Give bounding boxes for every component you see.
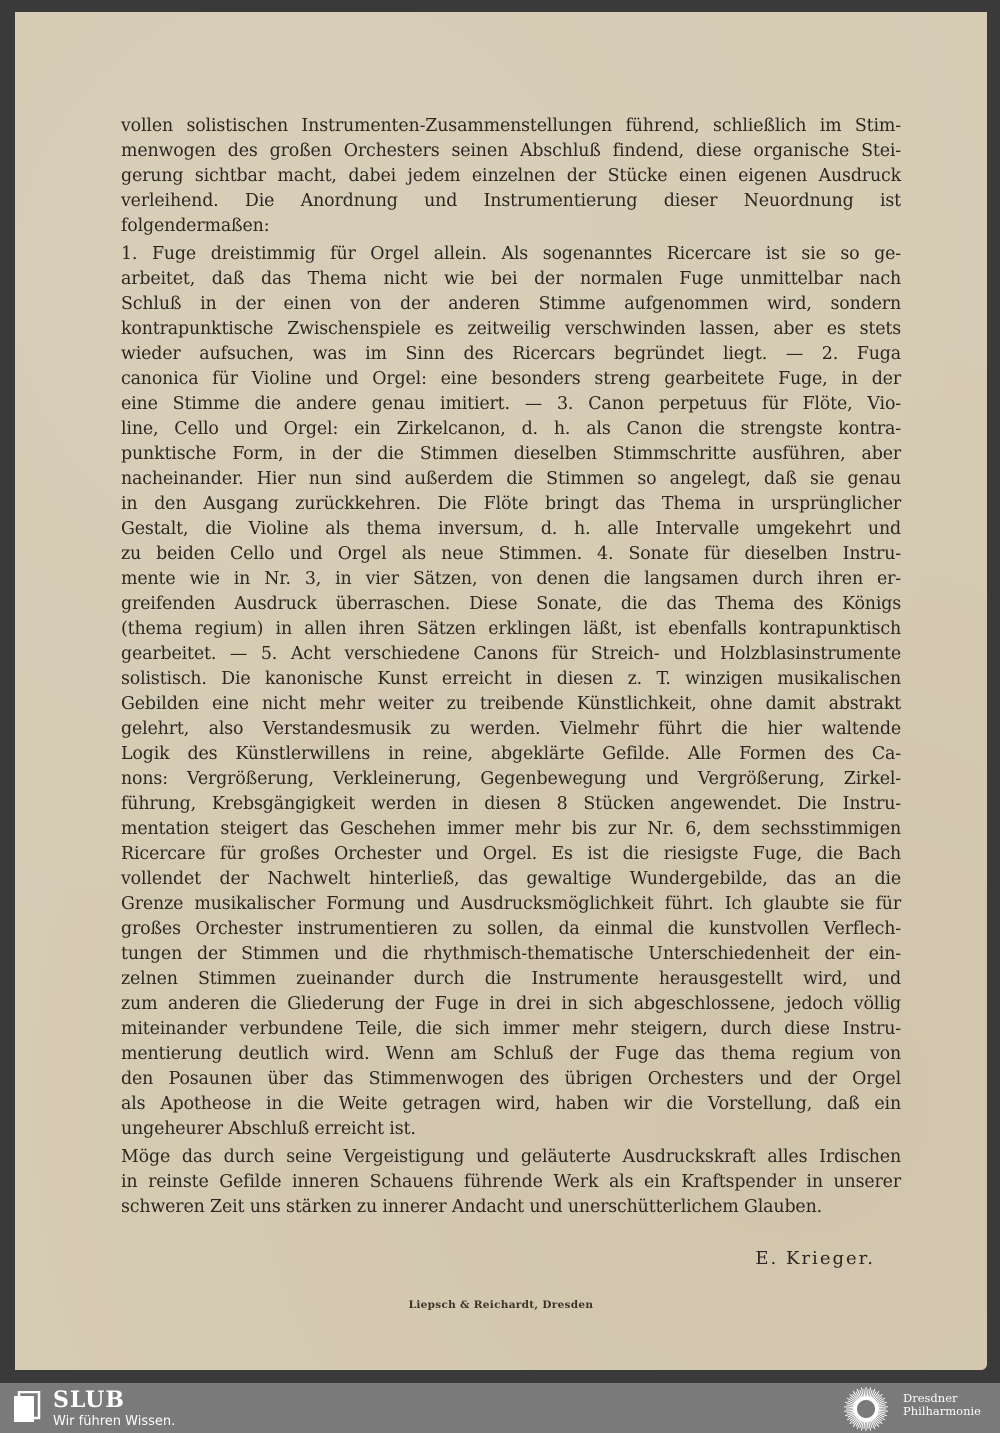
text-line: in den Ausgang zurückkehren. Die Flöte b… xyxy=(121,492,901,517)
philharmonie-logo-name[interactable]: Dresdner Philharmonie xyxy=(903,1392,981,1418)
text-line: zelnen Stimmen zueinander durch die Inst… xyxy=(121,967,901,992)
text-line: den Posaunen über das Stimmenwogen des ü… xyxy=(121,1067,901,1092)
text-line: kontrapunktische Zwischenspiele es zeitw… xyxy=(121,317,901,342)
text-line: folgendermaßen: xyxy=(121,214,901,239)
text-line: ungeheurer Abschluß erreicht ist. xyxy=(121,1117,901,1142)
slub-tagline: Wir führen Wissen. xyxy=(53,1414,175,1429)
text-line: (thema regium) in allen ihren Sätzen erk… xyxy=(121,617,901,642)
text-line: gerung sichtbar macht, dabei jedem einze… xyxy=(121,164,901,189)
text-line: gearbeitet. — 5. Acht verschiedene Canon… xyxy=(121,642,901,667)
body-text: vollen solistischen Instrumenten-Zusamme… xyxy=(121,114,901,1220)
text-line: vollen solistischen Instrumenten-Zusamme… xyxy=(121,114,901,139)
text-line: 1. Fuge dreistimmig für Orgel allein. Al… xyxy=(121,242,901,267)
text-line: menwogen des großen Orchesters seinen Ab… xyxy=(121,139,901,164)
text-line: nacheinander. Hier nun sind außerdem die… xyxy=(121,467,901,492)
text-line: line, Cello und Orgel: ein Zirkelcanon, … xyxy=(121,417,901,442)
text-line: Gestalt, die Violine als thema inversum,… xyxy=(121,517,901,542)
text-line: als Apotheose in die Weite getragen wird… xyxy=(121,1092,901,1117)
text-line: mente wie in Nr. 3, in vier Sätzen, von … xyxy=(121,567,901,592)
text-line: Möge das durch seine Vergeistigung und g… xyxy=(121,1145,901,1170)
text-line: vollendet der Nachwelt hinterließ, das g… xyxy=(121,867,901,892)
text-line: tungen der Stimmen und die rhythmisch-th… xyxy=(121,942,901,967)
text-line: Ricercare für großes Orchester und Orgel… xyxy=(121,842,901,867)
text-line: nons: Vergrößerung, Verkleinerung, Gegen… xyxy=(121,767,901,792)
text-line: großes Orchester instrumentieren zu soll… xyxy=(121,917,901,942)
author-signature: E. Krieger. xyxy=(755,1248,875,1269)
text-line: gelehrt, also Verstandesmusik zu werden.… xyxy=(121,717,901,742)
text-line: eine Stimme die andere genau imitiert. —… xyxy=(121,392,901,417)
text-line: zu beiden Cello und Orgel als neue Stimm… xyxy=(121,542,901,567)
slub-book-icon xyxy=(13,1391,41,1423)
text-line: Schluß in der einen von der anderen Stim… xyxy=(121,292,901,317)
text-line: canonica für Violine und Orgel: eine bes… xyxy=(121,367,901,392)
printer-imprint: Liepsch & Reichardt, Dresden xyxy=(15,1299,987,1311)
text-line: punktische Form, in der die Stimmen dies… xyxy=(121,442,901,467)
text-line: in reinste Gefilde inneren Schauens führ… xyxy=(121,1170,901,1195)
text-line: solistisch. Die kanonische Kunst erreich… xyxy=(121,667,901,692)
text-line: wieder aufsuchen, was im Sinn des Ricerc… xyxy=(121,342,901,367)
text-line: mentation steigert das Geschehen immer m… xyxy=(121,817,901,842)
text-line: schweren Zeit uns stärken zu innerer And… xyxy=(121,1195,901,1220)
text-line: arbeitet, daß das Thema nicht wie bei de… xyxy=(121,267,901,292)
footer-bar: SLUB Wir führen Wissen. Dresdner Philhar… xyxy=(0,1383,1000,1433)
text-line: Logik des Künstlerwillens in reine, abge… xyxy=(121,742,901,767)
philharmonie-sunburst-icon[interactable] xyxy=(842,1386,890,1432)
text-line: zum anderen die Gliederung der Fuge in d… xyxy=(121,992,901,1017)
text-line: Grenze musikalischer Formung und Ausdruc… xyxy=(121,892,901,917)
text-line: mentierung deutlich wird. Wenn am Schluß… xyxy=(121,1042,901,1067)
text-line: Gebilden eine nicht mehr weiter zu treib… xyxy=(121,692,901,717)
scanned-page: vollen solistischen Instrumenten-Zusamme… xyxy=(15,12,987,1370)
philharmonie-name-line2: Philharmonie xyxy=(903,1405,981,1418)
text-line: miteinander verbundene Teile, die sich i… xyxy=(121,1017,901,1042)
slub-logo-name[interactable]: SLUB xyxy=(53,1387,125,1413)
text-line: greifenden Ausdruck überraschen. Diese S… xyxy=(121,592,901,617)
text-line: führung, Krebsgängigkeit werden in diese… xyxy=(121,792,901,817)
text-line: verleihend. Die Anordnung und Instrument… xyxy=(121,189,901,214)
